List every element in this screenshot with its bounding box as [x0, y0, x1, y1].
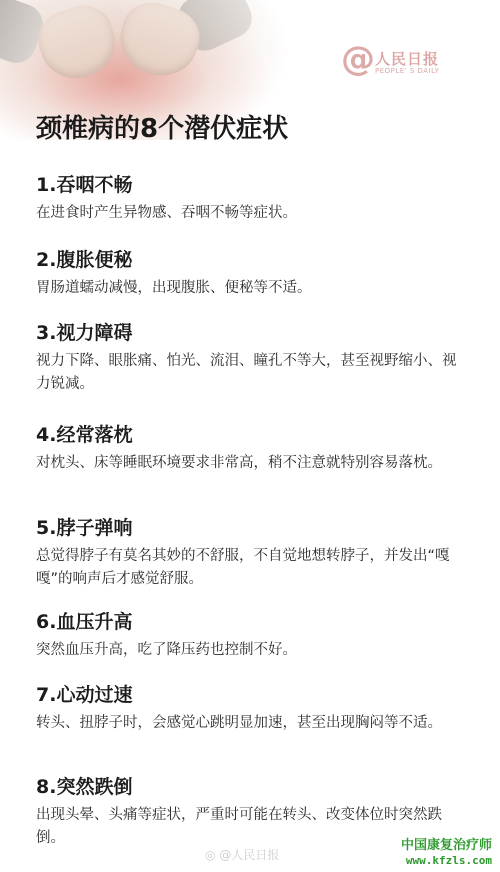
weibo-icon: ◎	[205, 848, 215, 862]
symptom-title: 8.突然跌倒	[36, 774, 466, 800]
site-url: www.kfzls.com	[401, 854, 492, 868]
symptom-title: 7.心动过速	[36, 682, 442, 708]
symptom-item: 7.心动过速 转头、扭脖子时，会感觉心跳明显加速，甚至出现胸闷等不适。	[36, 682, 442, 735]
site-name: 中国康复治疗师	[401, 838, 492, 854]
symptom-item: 5.脖子弹响 总觉得脖子有莫名其妙的不舒服，不自觉地想转脖子，并发出“嘎嘎”的响…	[36, 515, 466, 591]
symptom-title: 6.血压升高	[36, 609, 297, 635]
symptom-title: 3.视力障碍	[36, 320, 466, 346]
symptom-title: 4.经常落枕	[36, 422, 442, 448]
symptom-desc: 视力下降、眼胀痛、怕光、流泪、瞳孔不等大，甚至视野缩小、视力锐减。	[36, 350, 466, 396]
symptom-item: 6.血压升高 突然血压升高，吃了降压药也控制不好。	[36, 609, 297, 662]
symptom-desc: 突然血压升高，吃了降压药也控制不好。	[36, 639, 297, 662]
symptom-title: 1.吞咽不畅	[36, 172, 297, 198]
symptom-desc: 总觉得脖子有莫名其妙的不舒服，不自觉地想转脖子，并发出“嘎嘎”的响声后才感觉舒服…	[36, 545, 466, 591]
weibo-watermark: ◎ @人民日报	[205, 846, 279, 863]
logo-name-cn: 人民日报	[375, 48, 439, 69]
site-watermark: 中国康复治疗师 www.kfzls.com	[401, 838, 492, 868]
symptom-item: 2.腹胀便秘 胃肠道蠕动减慢，出现腹胀、便秘等不适。	[36, 247, 312, 300]
symptom-title: 2.腹胀便秘	[36, 247, 312, 273]
page-title: 颈椎病的8个潜伏症状	[36, 108, 288, 145]
symptom-title: 5.脖子弹响	[36, 515, 466, 541]
symptom-desc: 转头、扭脖子时，会感觉心跳明显加速，甚至出现胸闷等不适。	[36, 712, 442, 735]
peoples-daily-logo: @ 人民日报 PEOPLE' S DAILY	[341, 42, 481, 82]
symptom-desc: 在进食时产生异物感、吞咽不畅等症状。	[36, 202, 297, 225]
symptom-desc: 对枕头、床等睡眠环境要求非常高，稍不注意就特别容易落枕。	[36, 452, 442, 475]
symptom-item: 4.经常落枕 对枕头、床等睡眠环境要求非常高，稍不注意就特别容易落枕。	[36, 422, 442, 475]
logo-name-en: PEOPLE' S DAILY	[375, 67, 439, 75]
symptom-desc: 胃肠道蠕动减慢，出现腹胀、便秘等不适。	[36, 277, 312, 300]
symptom-item: 3.视力障碍 视力下降、眼胀痛、怕光、流泪、瞳孔不等大，甚至视野缩小、视力锐减。	[36, 320, 466, 396]
weibo-handle: @人民日报	[219, 848, 279, 862]
symptom-item: 1.吞咽不畅 在进食时产生异物感、吞咽不畅等症状。	[36, 172, 297, 225]
at-icon: @	[341, 42, 375, 76]
